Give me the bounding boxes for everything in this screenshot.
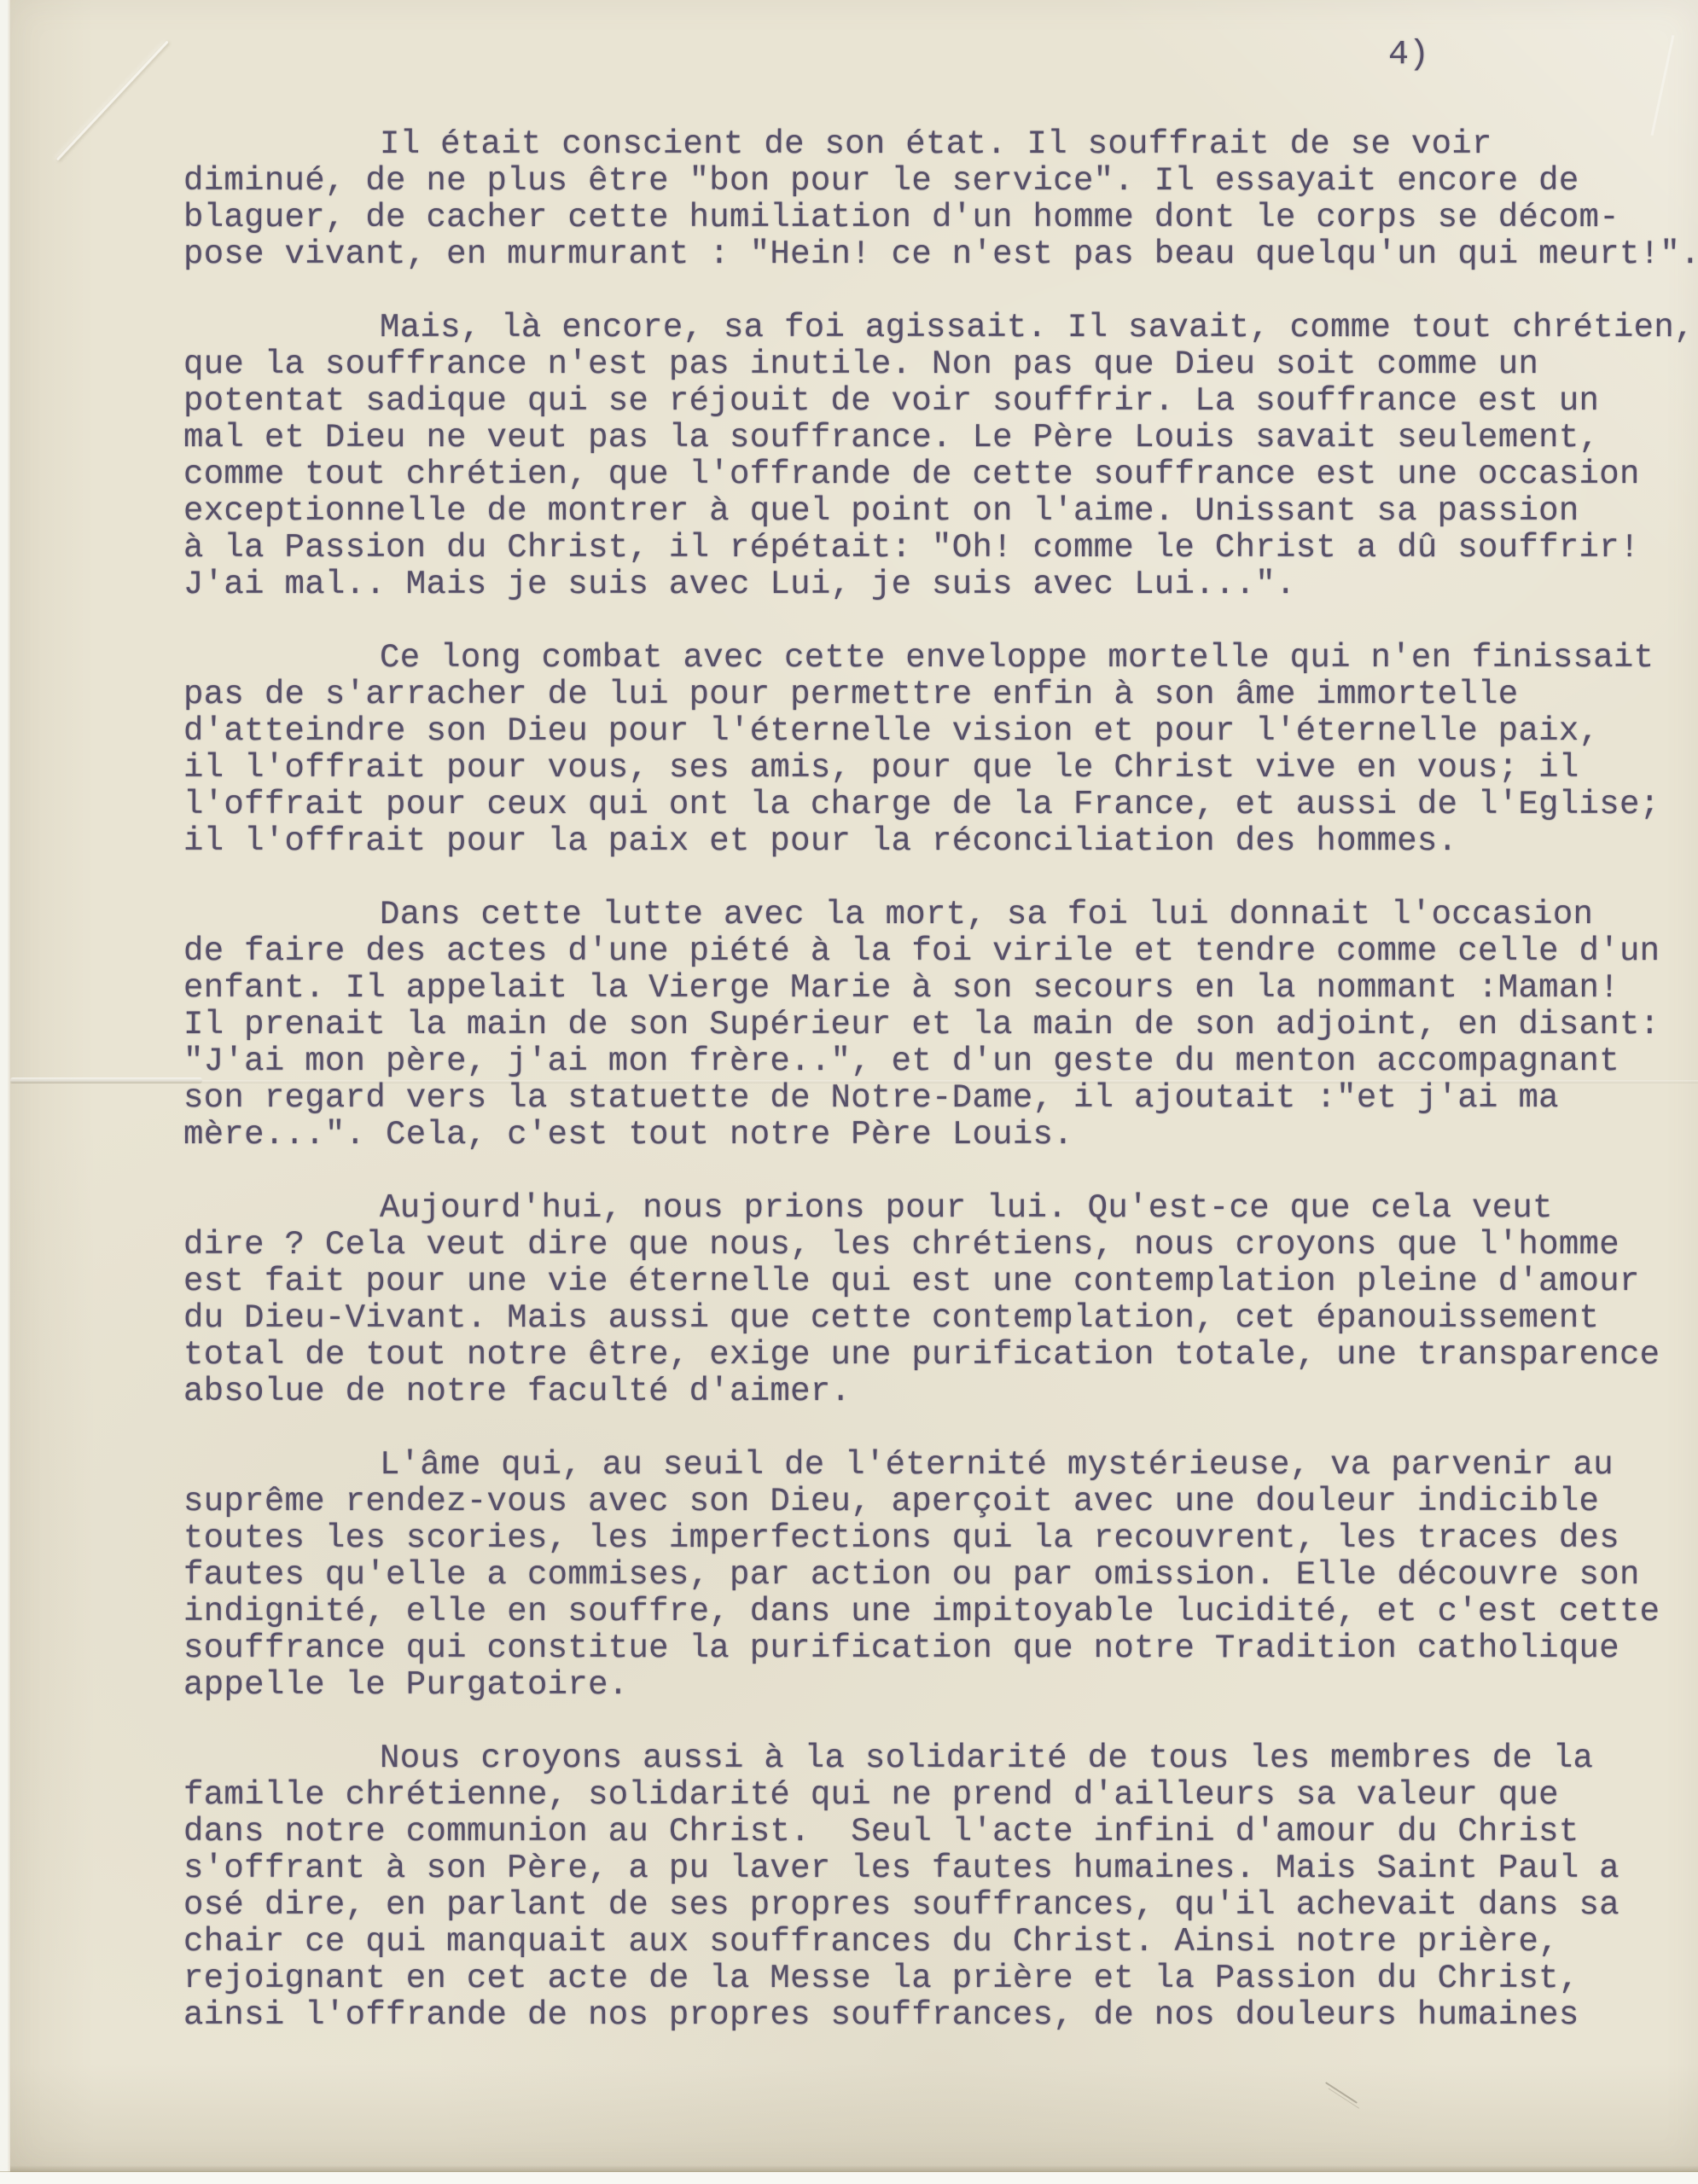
pencil-mark [1325, 2082, 1358, 2104]
paragraph-7: Nous croyons aussi à la solidarité de to… [183, 1740, 1698, 2034]
scan-edge-left [0, 0, 10, 2184]
paragraph-6: L'âme qui, au seuil de l'éternité mystér… [183, 1447, 1698, 1704]
document-page: 4) Il était conscient de son état. Il so… [10, 0, 1698, 2172]
page-number: 4) [1388, 36, 1429, 74]
fold-crease-topleft [56, 41, 169, 161]
paragraph-5: Aujourd'hui, nous prions pour lui. Qu'es… [183, 1190, 1698, 1410]
paragraph-2: Mais, là encore, sa foi agissait. Il sav… [183, 310, 1698, 603]
paragraph-3: Ce long combat avec cette enveloppe mort… [183, 640, 1698, 860]
paper-bottom-edge [10, 2165, 1698, 2172]
paragraph-4: Dans cette lutte avec la mort, sa foi lu… [183, 897, 1698, 1153]
fold-highlight-topright [1651, 35, 1675, 136]
scan-edge-bottom [0, 2172, 1698, 2184]
text-block: Il était conscient de son état. Il souff… [183, 126, 1698, 2071]
fold-line-middle-left [10, 1077, 202, 1083]
paragraph-1: Il était conscient de son état. Il souff… [183, 126, 1698, 273]
scan-background: 4) Il était conscient de son état. Il so… [0, 0, 1698, 2184]
